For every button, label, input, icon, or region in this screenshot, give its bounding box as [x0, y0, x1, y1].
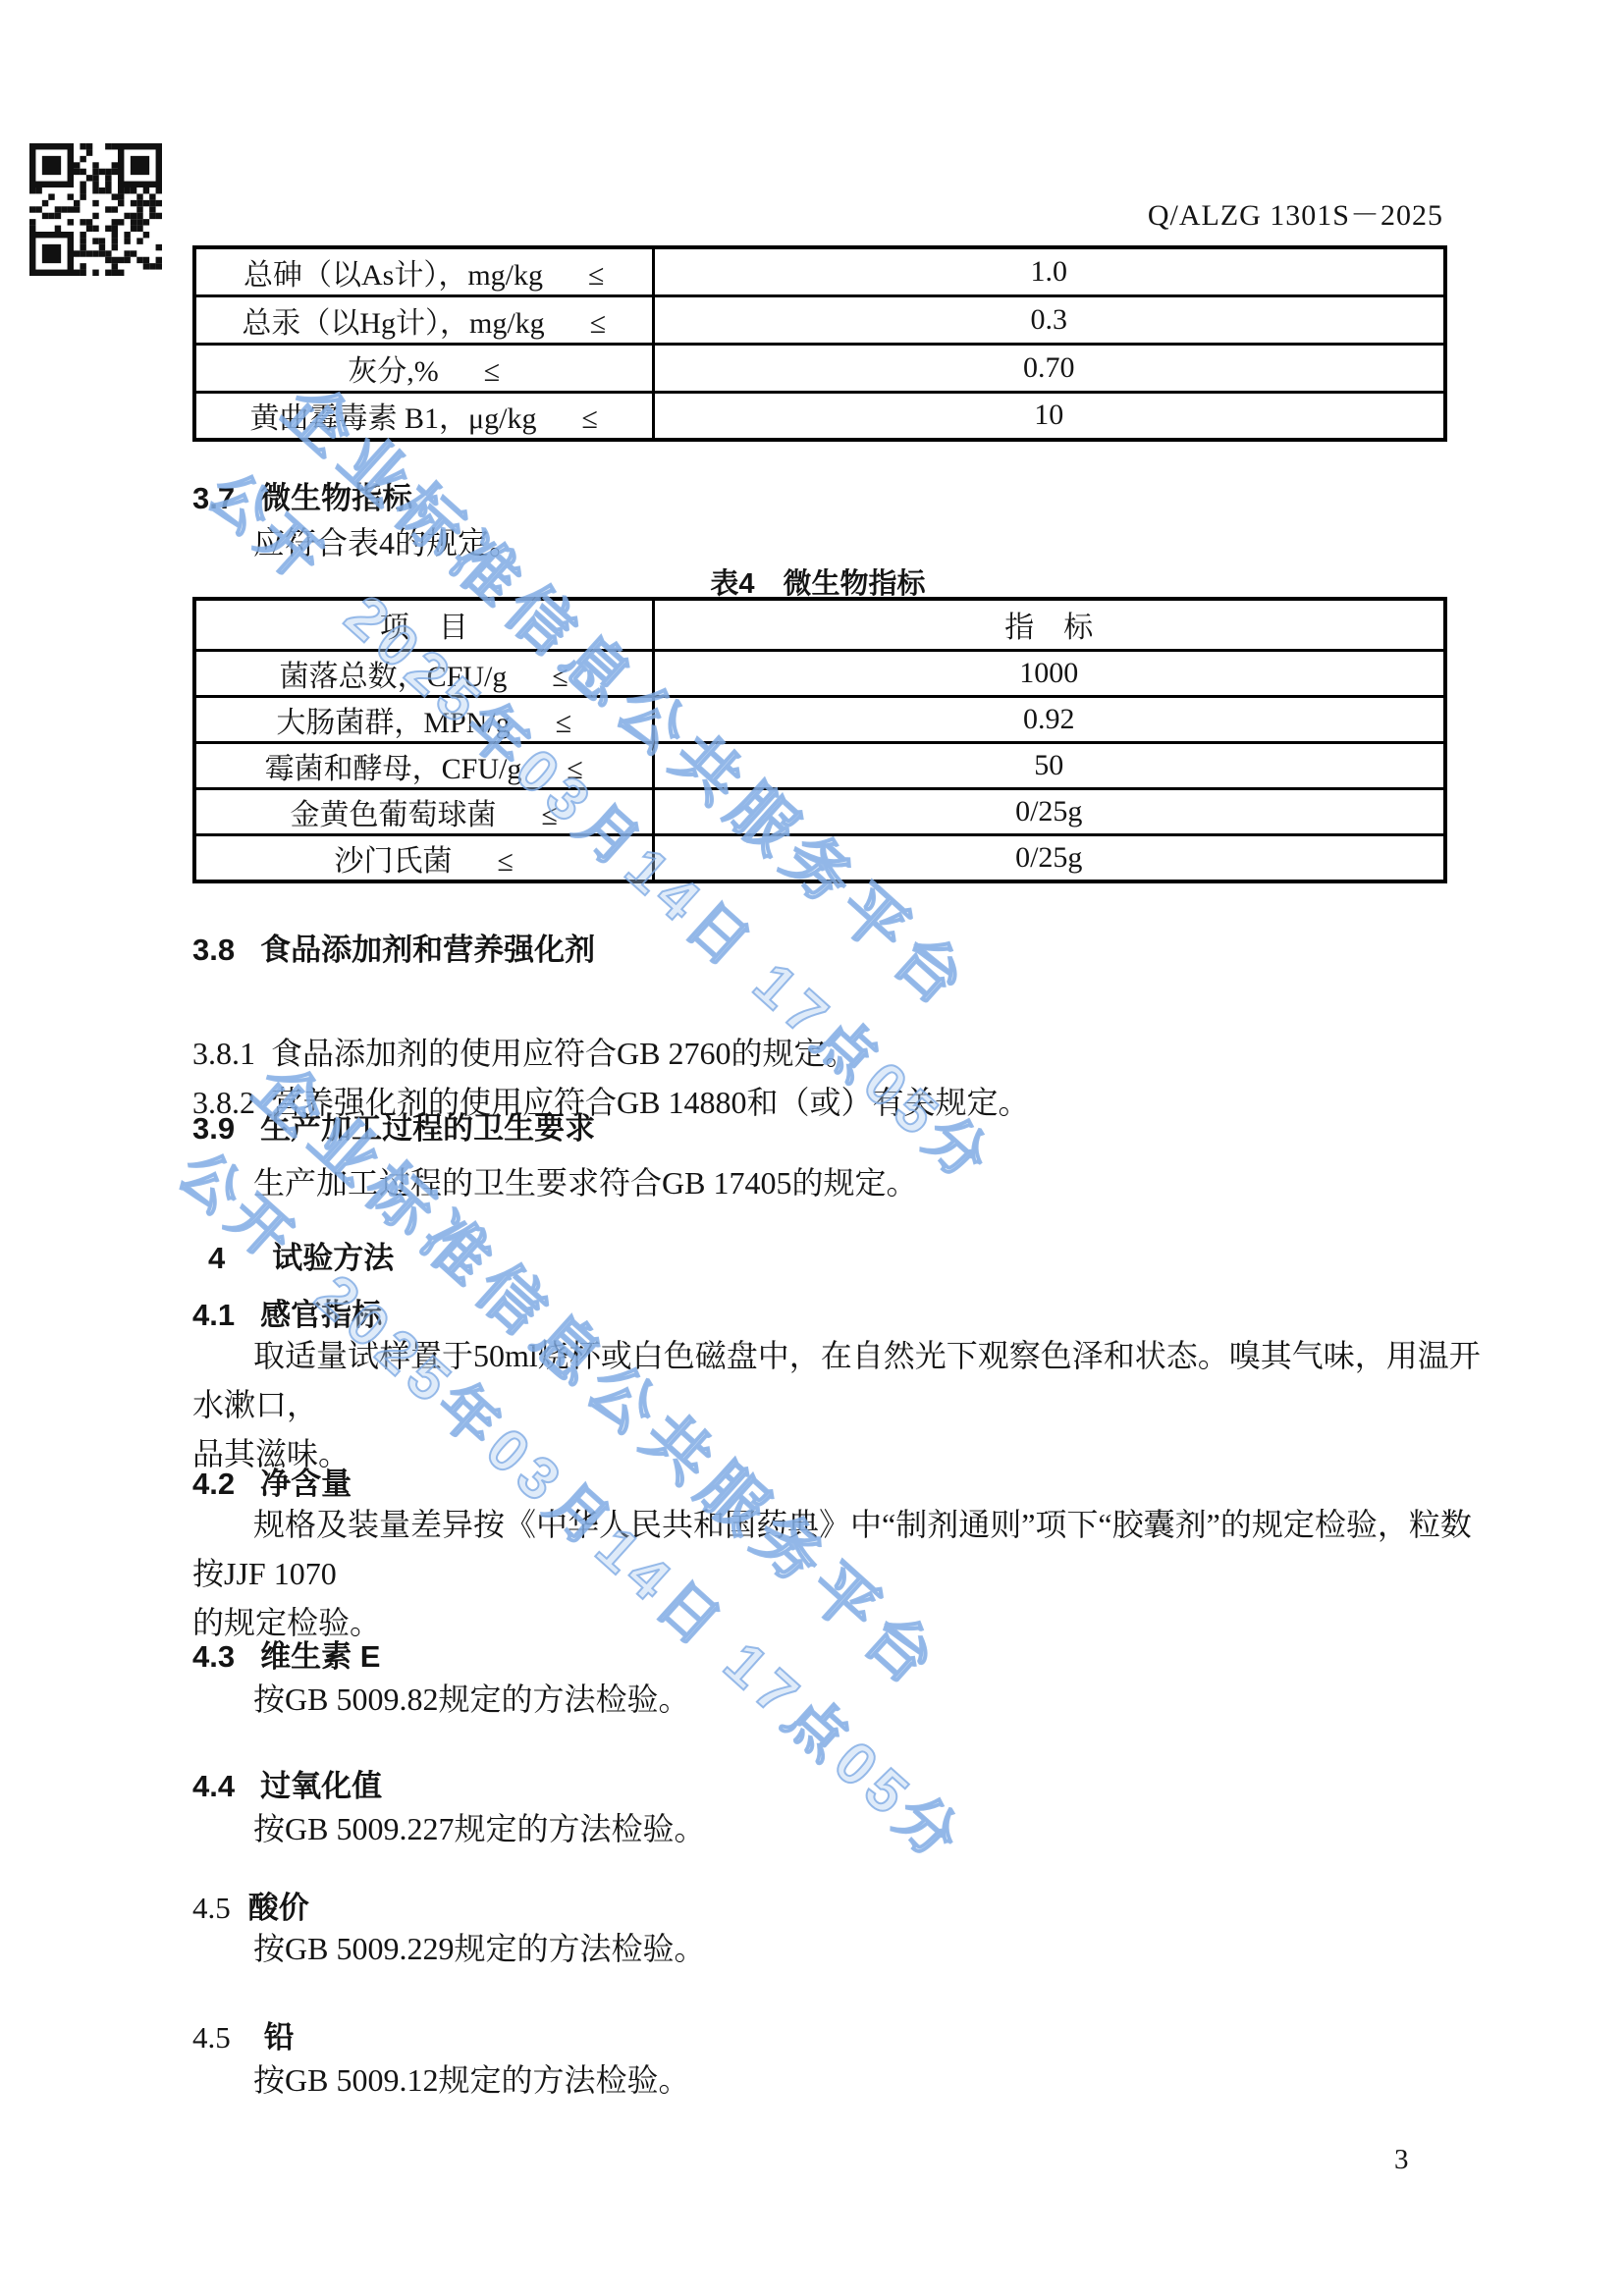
table-row: 金黄色葡萄球菌≤ 0/25g	[194, 788, 1445, 834]
le-symbol: ≤	[590, 307, 606, 340]
item-name: 总汞（以Hg计），mg/kg	[242, 307, 544, 340]
item-value: 1.0	[653, 247, 1445, 295]
chapter-title: 试验方法	[272, 1241, 394, 1275]
section-title: 食品添加剂和营养强化剂	[260, 933, 595, 967]
table-row: 菌落总数，CFU/g≤ 1000	[194, 650, 1445, 696]
section-heading-3-7: 3.7微生物指标	[192, 473, 1498, 517]
item-cell: 总汞（以Hg计），mg/kg≤	[194, 295, 653, 344]
section-title: 感官指标	[260, 1298, 382, 1332]
item-value: 1000	[653, 650, 1445, 696]
section-number: 4.4	[192, 1769, 235, 1803]
table-row: 大肠菌群，MPN/g≤ 0.92	[194, 696, 1445, 742]
item-name: 总砷（以As计），mg/kg	[244, 259, 543, 292]
section-body-3-9: 生产加工过程的卫生要求符合GB 17405的规定。	[192, 1158, 1487, 1207]
section-heading-4-2: 4.2净含量	[192, 1459, 1498, 1503]
section-number: 3.8	[192, 933, 235, 967]
item-name: 灰分,%	[348, 355, 439, 388]
le-symbol: ≤	[498, 845, 514, 878]
item-cell: 大肠菌群，MPN/g≤	[194, 696, 653, 742]
chapter-heading-4: 4试验方法	[208, 1233, 1514, 1277]
header-indicator: 指 标	[653, 599, 1445, 650]
section-title: 生产加工过程的卫生要求	[260, 1111, 595, 1146]
le-symbol: ≤	[581, 402, 597, 435]
document-page: Q/ALZG 1301S－2025 总砷（以As计），mg/kg≤ 1.0 总汞…	[0, 0, 1624, 2296]
microbiological-table: 项 目 指 标 菌落总数，CFU/g≤ 1000 大肠菌群，MPN/g≤ 0.9…	[192, 597, 1447, 883]
section-title: 净含量	[260, 1467, 352, 1501]
section-body-4-3: 按GB 5009.82规定的方法检验。	[192, 1675, 1487, 1724]
item-value: 50	[653, 742, 1445, 788]
item-cell: 黄曲霉毒素 B1，μg/kg≤	[194, 392, 653, 440]
header-item: 项 目	[194, 599, 653, 650]
table-row: 总汞（以Hg计），mg/kg≤ 0.3	[194, 295, 1445, 344]
section-heading-3-8: 3.8食品添加剂和营养强化剂	[192, 925, 1498, 969]
section-body-4-5-lead: 按GB 5009.12规定的方法检验。	[192, 2056, 1487, 2105]
item-cell: 沙门氏菌≤	[194, 834, 653, 881]
item-value: 0.70	[653, 344, 1445, 392]
le-symbol: ≤	[542, 799, 558, 831]
section-title: 维生素 E	[260, 1639, 380, 1674]
item-cell: 总砷（以As计），mg/kg≤	[194, 247, 653, 295]
item-cell: 霉菌和酵母，CFU/g≤	[194, 742, 653, 788]
table-row: 灰分,%≤ 0.70	[194, 344, 1445, 392]
le-symbol: ≤	[567, 753, 582, 785]
section-number: 4.2	[192, 1467, 235, 1501]
item-value: 0/25g	[653, 834, 1445, 881]
item-name: 金黄色葡萄球菌	[291, 799, 497, 831]
section-heading-4-5-lead: 4.5铅	[192, 2012, 1498, 2056]
page-number: 3	[1394, 2144, 1409, 2176]
table4-caption: 表4 微生物指标	[192, 561, 1443, 602]
section-title: 过氧化值	[260, 1769, 382, 1803]
table-header-row: 项 目 指 标	[194, 599, 1445, 650]
item-name: 大肠菌群，MPN/g	[276, 707, 510, 739]
item-name: 菌落总数，CFU/g	[280, 661, 508, 693]
section-heading-4-5-acid: 4.5酸价	[192, 1883, 1498, 1927]
section-heading-3-9: 3.9生产加工过程的卫生要求	[192, 1103, 1498, 1148]
section-body-4-2: 规格及装量差异按《中华人民共和国药典》中“制剂通则”项下“胶囊剂”的规定检验，粒…	[192, 1500, 1487, 1647]
table-row: 黄曲霉毒素 B1，μg/kg≤ 10	[194, 392, 1445, 440]
le-symbol: ≤	[588, 259, 604, 292]
section-title: 铅	[264, 2020, 295, 2055]
table-row: 霉菌和酵母，CFU/g≤ 50	[194, 742, 1445, 788]
limits-table: 总砷（以As计），mg/kg≤ 1.0 总汞（以Hg计），mg/kg≤ 0.3 …	[192, 245, 1447, 442]
item-cell: 菌落总数，CFU/g≤	[194, 650, 653, 696]
section-body-4-4: 按GB 5009.227规定的方法检验。	[192, 1804, 1487, 1853]
item-cell: 灰分,%≤	[194, 344, 653, 392]
table-row: 沙门氏菌≤ 0/25g	[194, 834, 1445, 881]
section-title: 酸价	[248, 1891, 309, 1925]
section-number: 3.9	[192, 1111, 235, 1146]
item-value: 10	[653, 392, 1445, 440]
item-value: 0.92	[653, 696, 1445, 742]
section-number: 4.3	[192, 1639, 235, 1674]
le-symbol: ≤	[484, 355, 500, 388]
section-heading-4-4: 4.4过氧化值	[192, 1761, 1498, 1805]
table-row: 总砷（以As计），mg/kg≤ 1.0	[194, 247, 1445, 295]
item-name: 黄曲霉毒素 B1，μg/kg	[250, 402, 537, 435]
section-heading-4-1: 4.1感官指标	[192, 1290, 1498, 1334]
item-value: 0/25g	[653, 788, 1445, 834]
section-body-4-5-acid: 按GB 5009.229规定的方法检验。	[192, 1924, 1487, 1973]
item-name: 霉菌和酵母，CFU/g	[265, 753, 522, 785]
le-symbol: ≤	[552, 661, 568, 693]
item-name: 沙门氏菌	[335, 845, 453, 878]
chapter-number: 4	[208, 1241, 225, 1275]
qr-code	[29, 143, 162, 276]
section-title: 微生物指标	[260, 481, 412, 515]
item-value: 0.3	[653, 295, 1445, 344]
item-cell: 金黄色葡萄球菌≤	[194, 788, 653, 834]
section-number: 4.5	[192, 2020, 231, 2055]
section-number: 4.5	[192, 1891, 231, 1925]
le-symbol: ≤	[556, 707, 571, 739]
section-body-3-7: 应符合表4的规定。	[192, 518, 1487, 567]
section-body-4-1: 取适量试样置于50ml烧杯或白色磁盘中，在自然光下观察色泽和状态。嗅其气味，用温…	[192, 1331, 1487, 1478]
section-heading-4-3: 4.3维生素 E	[192, 1631, 1498, 1676]
section-number: 4.1	[192, 1298, 235, 1332]
doc-code: Q/ALZG 1301S－2025	[1148, 190, 1443, 234]
section-number: 3.7	[192, 481, 235, 515]
